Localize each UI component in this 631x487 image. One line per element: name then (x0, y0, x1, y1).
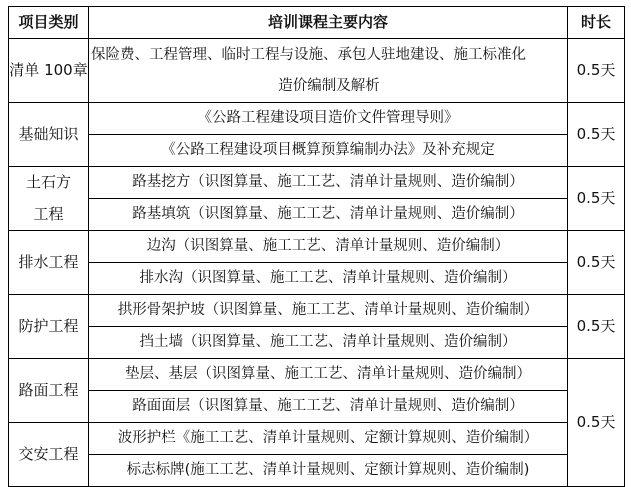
table-row: 工程 路基填筑（识图算量、施工工艺、清单计量规则、造价编制） (9, 199, 625, 231)
duration-cell: 0.5天 (568, 359, 625, 487)
content-cell: 垫层、基层（识图算量、施工工艺、清单计量规则、造价编制） (89, 359, 568, 391)
table-row: 基础知识 《公路工程建设项目造价文件管理导则》 0.5天 (9, 103, 625, 135)
table-row: 防护工程 拱形骨架护坡（识图算量、施工工艺、清单计量规则、造价编制） 0.5天 (9, 295, 625, 327)
duration-cell: 0.5天 (568, 39, 625, 103)
table-row: 交安工程 波形护栏《施工工艺、清单计量规则、定额计算规则、造价编制） (9, 423, 625, 455)
duration-cell: 0.5天 (568, 295, 625, 359)
content-cell: 边沟（识图算量、施工工艺、清单计量规则、造价编制） (89, 231, 568, 263)
header-row: 项目类别 培训课程主要内容 时长 (9, 7, 625, 39)
content-cell: 《公路工程建设项目造价文件管理导则》 (89, 103, 568, 135)
header-category: 项目类别 (9, 7, 89, 39)
content-cell: 路基填筑（识图算量、施工工艺、清单计量规则、造价编制） (89, 199, 568, 231)
table-row: 土石方 路基挖方（识图算量、施工工艺、清单计量规则、造价编制） 0.5天 (9, 167, 625, 199)
table-row: 标志标牌(施工工艺、清单计量规则、定额计算规则、造价编制) (9, 455, 625, 487)
category-cell: 排水工程 (9, 231, 89, 295)
content-cell: 排水沟（识图算量、施工工艺、清单计量规则、造价编制） (89, 263, 568, 295)
table-row: 路面工程 垫层、基层（识图算量、施工工艺、清单计量规则、造价编制） 0.5天 (9, 359, 625, 391)
content-cell: 波形护栏《施工工艺、清单计量规则、定额计算规则、造价编制） (89, 423, 568, 455)
table-row: 排水沟（识图算量、施工工艺、清单计量规则、造价编制） (9, 263, 625, 295)
content-line: 造价编制及解析 (91, 71, 567, 102)
duration-cell: 0.5天 (568, 103, 625, 167)
table-row: 排水工程 边沟（识图算量、施工工艺、清单计量规则、造价编制） 0.5天 (9, 231, 625, 263)
content-cell: 拱形骨架护坡（识图算量、施工工艺、清单计量规则、造价编制） (89, 295, 568, 327)
table-row: 《公路工程建设项目概算预算编制办法》及补充规定 (9, 135, 625, 167)
content-cell: 路基挖方（识图算量、施工工艺、清单计量规则、造价编制） (89, 167, 568, 199)
duration-cell: 0.5天 (568, 167, 625, 231)
content-line: 保险费、工程管理、临时工程与设施、承包人驻地建设、施工标准化 (91, 47, 526, 63)
category-cell: 路面工程 (9, 359, 89, 423)
content-cell: 挡土墙（识图算量、施工工艺、清单计量规则、造价编制） (89, 327, 568, 359)
content-cell: 标志标牌(施工工艺、清单计量规则、定额计算规则、造价编制) (89, 455, 568, 487)
content-cell: 路面面层（识图算量、施工工艺、清单计量规则、造价编制） (89, 391, 568, 423)
category-cell-line1: 土石方 (9, 167, 89, 199)
table-row: 挡土墙（识图算量、施工工艺、清单计量规则、造价编制） (9, 327, 625, 359)
content-cell: 《公路工程建设项目概算预算编制办法》及补充规定 (89, 135, 568, 167)
duration-cell: 0.5天 (568, 231, 625, 295)
category-cell: 基础知识 (9, 103, 89, 167)
content-cell: 保险费、工程管理、临时工程与设施、承包人驻地建设、施工标准化 造价编制及解析 (89, 39, 568, 103)
header-duration: 时长 (568, 7, 625, 39)
category-cell: 防护工程 (9, 295, 89, 359)
header-content: 培训课程主要内容 (89, 7, 568, 39)
table-row: 清单 100章 保险费、工程管理、临时工程与设施、承包人驻地建设、施工标准化 造… (9, 39, 625, 103)
training-course-table: 项目类别 培训课程主要内容 时长 清单 100章 保险费、工程管理、临时工程与设… (8, 6, 625, 487)
category-cell-line2: 工程 (9, 199, 89, 231)
table-row: 路面面层（识图算量、施工工艺、清单计量规则、造价编制） (9, 391, 625, 423)
category-cell: 清单 100章 (9, 39, 89, 103)
category-cell: 交安工程 (9, 423, 89, 487)
